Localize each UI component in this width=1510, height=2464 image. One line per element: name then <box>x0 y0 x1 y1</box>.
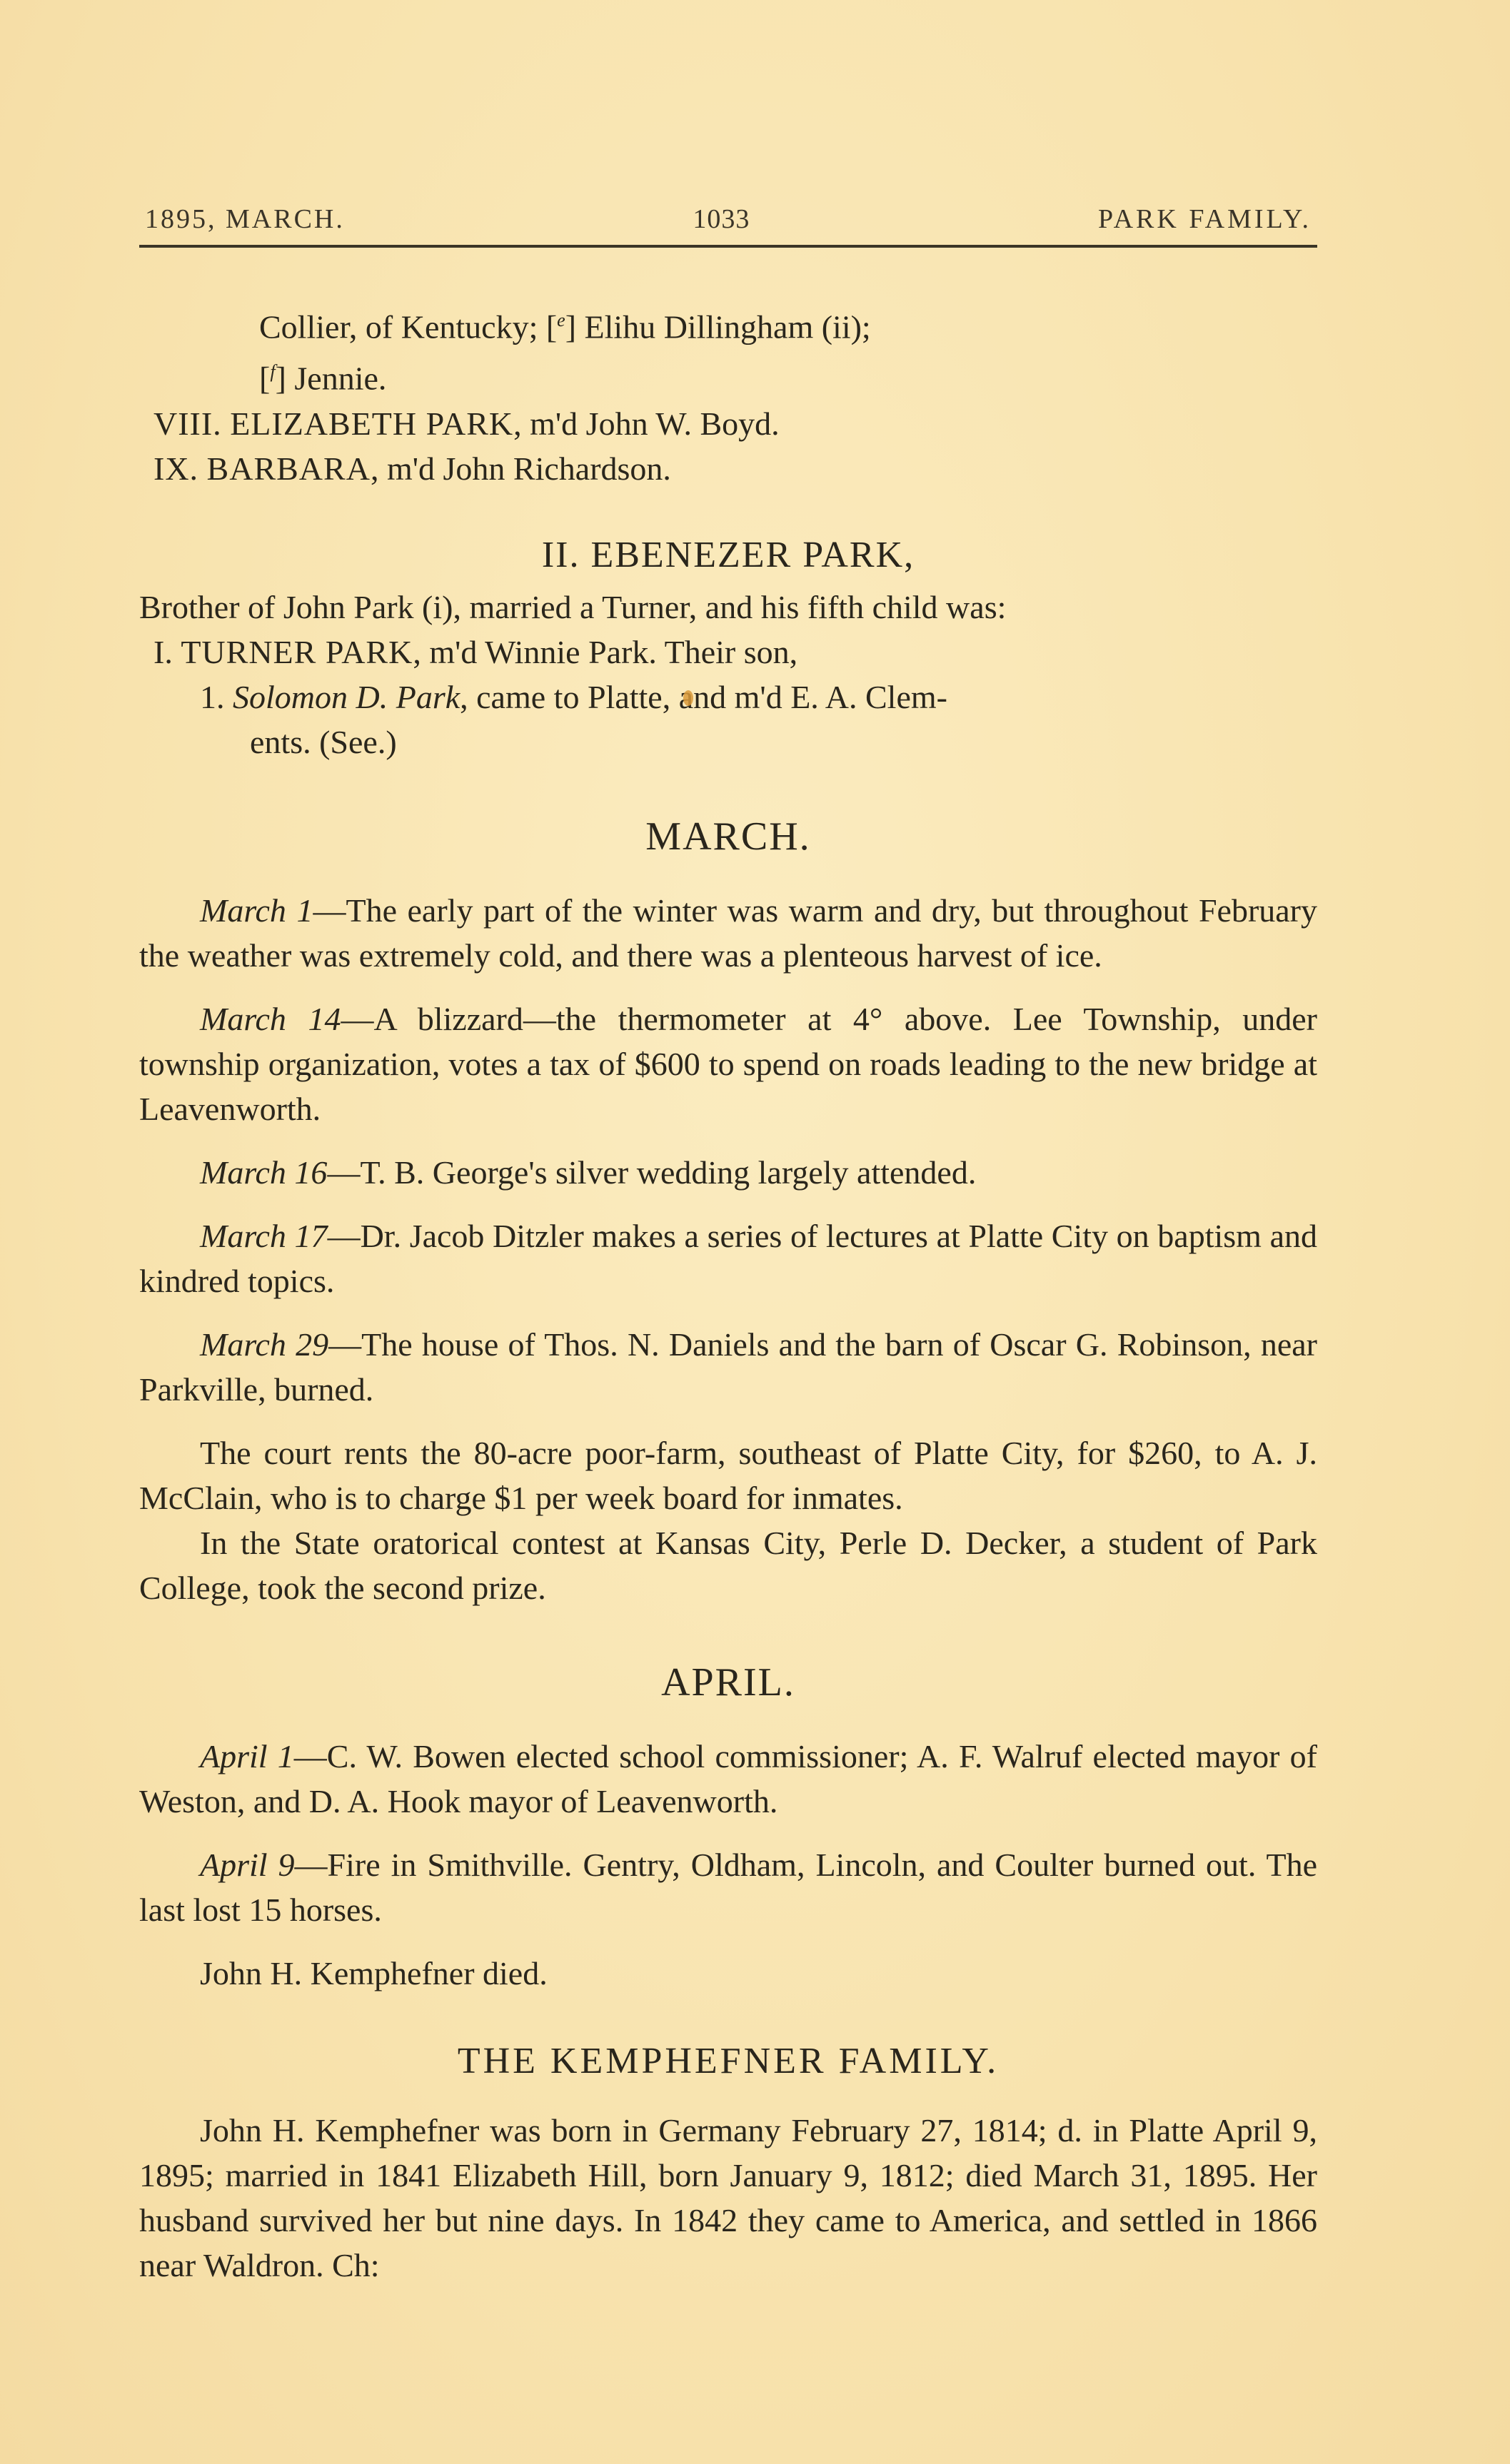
running-head: 1895, MARCH. 1033 PARK FAMILY. <box>139 203 1317 248</box>
continuation-block: Collier, of Kentucky; [e] Elihu Dillingh… <box>139 298 1317 401</box>
running-head-date: 1895, MARCH. <box>145 203 345 235</box>
ebenezer-intro: Brother of John Park (i), married a Turn… <box>139 585 1317 630</box>
solomon-park-entry: 1. Solomon D. Park, came to Platte, and … <box>139 675 1317 764</box>
page-number: 1033 <box>693 203 750 235</box>
paper-stain <box>683 690 693 706</box>
superscript-f: f <box>270 361 275 382</box>
child-name: ELIZABETH PARK <box>230 405 513 442</box>
book-page: 1895, MARCH. 1033 PARK FAMILY. Collier, … <box>139 203 1317 2306</box>
page-body: Collier, of Kentucky; [e] Elihu Dillingh… <box>139 298 1317 2288</box>
april-entry: April 1—C. W. Bowen elected school commi… <box>139 1734 1317 1824</box>
march-entry: March 17—Dr. Jacob Ditzler makes a serie… <box>139 1213 1317 1303</box>
superscript-e: e <box>557 310 565 330</box>
child-name: BARBARA <box>207 450 371 487</box>
march-entry: March 29—The house of Thos. N. Daniels a… <box>139 1322 1317 1412</box>
kemphefner-heading: THE KEMPHEFNER FAMILY. <box>139 2039 1317 2084</box>
continuation-line-1: Collier, of Kentucky; [e] Elihu Dillingh… <box>259 298 1317 349</box>
march-entry: The court rents the 80-acre poor-farm, s… <box>139 1430 1317 1520</box>
continuation-line-2: [f] Jennie. <box>259 349 1317 400</box>
march-entry: March 16—T. B. George's silver wedding l… <box>139 1150 1317 1195</box>
ebenezer-heading: II. EBENEZER PARK, <box>139 532 1317 577</box>
march-heading: MARCH. <box>139 814 1317 859</box>
child-entry-viii: VIII. ELIZABETH PARK, m'd John W. Boyd. <box>139 401 1317 446</box>
child-entry-ix: IX. BARBARA, m'd John Richardson. <box>139 446 1317 491</box>
running-head-title: PARK FAMILY. <box>1098 203 1312 235</box>
march-entry: March 14—A blizzard—the thermometer at 4… <box>139 996 1317 1131</box>
turner-park-entry: I. TURNER PARK, m'd Winnie Park. Their s… <box>139 630 1317 675</box>
april-heading: APRIL. <box>139 1660 1317 1705</box>
april-entry: John H. Kemphefner died. <box>139 1951 1317 1996</box>
april-entry: April 9—Fire in Smithville. Gentry, Oldh… <box>139 1842 1317 1932</box>
kemphefner-paragraph: John H. Kemphefner was born in Germany F… <box>139 2108 1317 2288</box>
march-entry: In the State oratorical contest at Kansa… <box>139 1520 1317 1610</box>
march-entry: March 1—The early part of the winter was… <box>139 888 1317 978</box>
